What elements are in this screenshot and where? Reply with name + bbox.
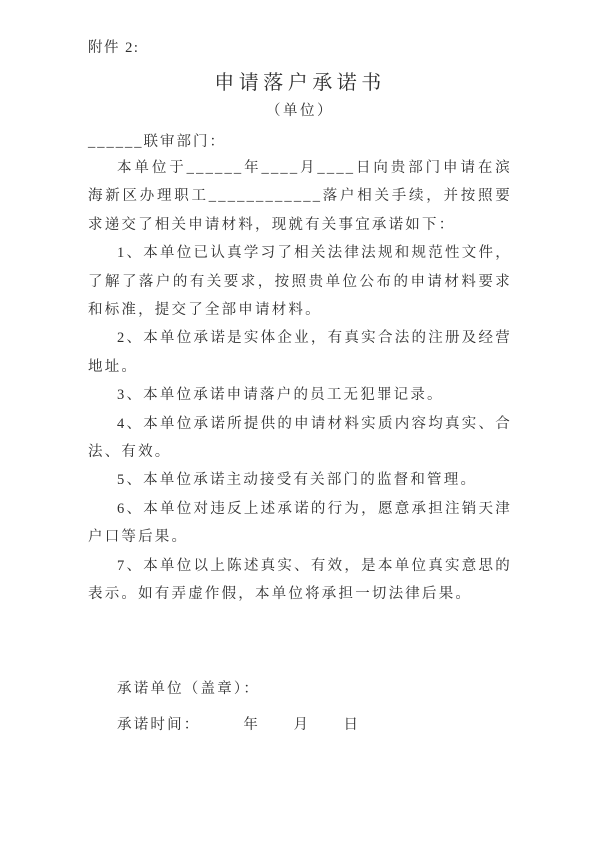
commitment-item-5: 5、本单位承诺主动接受有关部门的监督和管理。 <box>88 466 512 494</box>
document-page: 附件 2: 申请落户承诺书 （单位） ______联审部门： 本单位于_____… <box>0 0 600 848</box>
commitment-item-2: 2、本单位承诺是实体企业，有真实合法的注册及经营地址。 <box>88 324 512 381</box>
signature-unit-line: 承诺单位（盖章）： <box>88 671 512 707</box>
commitment-item-7: 7、本单位以上陈述真实、有效，是本单位真实意思的表示。如有弄虚作假，本单位将承担… <box>88 552 512 609</box>
document-subtitle: （单位） <box>88 101 512 121</box>
commitment-item-1: 1、本单位已认真学习了相关法律法规和规范性文件，了解了落户的有关要求，按照贵单位… <box>88 239 512 324</box>
attachment-label: 附件 2: <box>88 38 512 58</box>
salutation-line: ______联审部门： <box>88 130 512 154</box>
intro-paragraph: 本单位于______年____月____日向贵部门申请在滨海新区办理职工____… <box>88 154 512 239</box>
commitment-item-4: 4、本单位承诺所提供的申请材料实质内容均真实、合法、有效。 <box>88 410 512 467</box>
commitment-item-3: 3、本单位承诺申请落户的员工无犯罪记录。 <box>88 381 512 409</box>
signature-block: 承诺单位（盖章）： 承诺时间： 年 月 日 <box>88 671 512 743</box>
commitment-item-6: 6、本单位对违反上述承诺的行为，愿意承担注销天津户口等后果。 <box>88 495 512 552</box>
signature-date-line: 承诺时间： 年 月 日 <box>88 707 512 743</box>
document-title: 申请落户承诺书 <box>88 68 512 98</box>
